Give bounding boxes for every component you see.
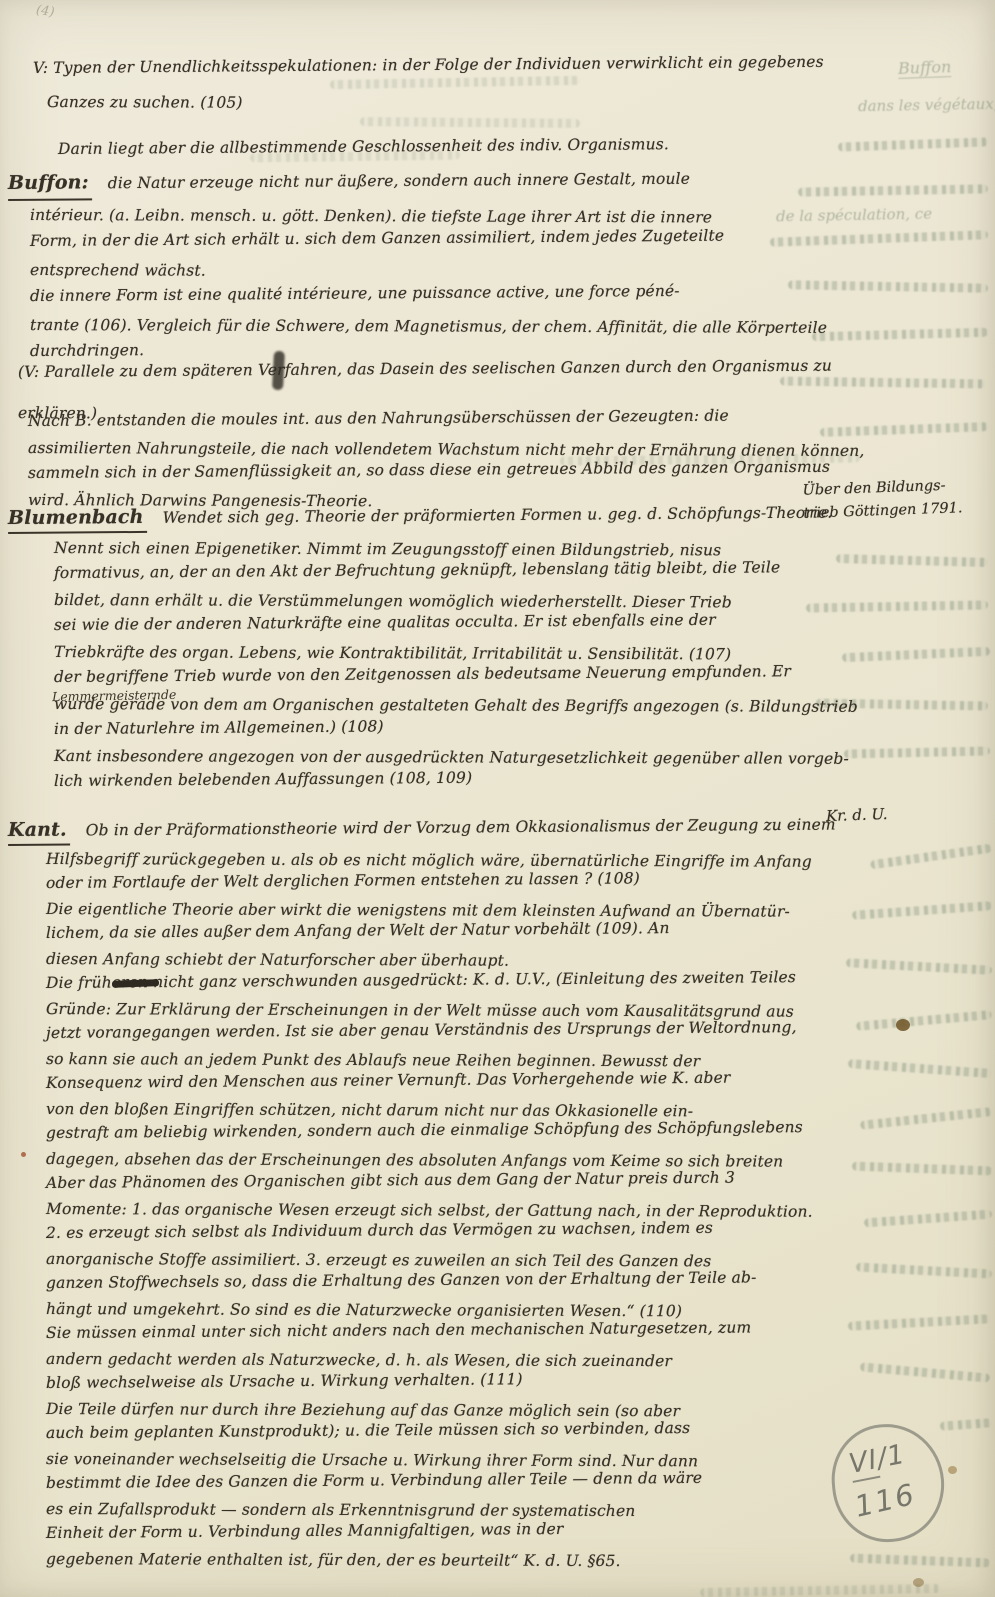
verso-bleed-line — [848, 1059, 992, 1078]
handwritten-line: Sie müssen einmal unter sich nicht ander… — [46, 1315, 836, 1346]
section-kant: Kant.Ob in der Präformationstheorie wird… — [8, 818, 836, 1571]
handwritten-line: formativus, an, der an den Akt der Befru… — [54, 554, 858, 586]
verso-fragment-heading: Buffon — [898, 57, 952, 79]
archive-slash-one: /1 — [874, 1439, 908, 1475]
verso-bleed-line — [812, 328, 988, 342]
section-buffon-first-line: Buffon:die Natur erzeuge nicht nur äußer… — [8, 164, 827, 201]
verso-bleed-line — [860, 1362, 990, 1382]
section-blumenbach: BlumenbachWendet sich geg. Theorie der p… — [8, 505, 858, 794]
handwritten-line: V: Typen der Unendlichkeitsspekulationen… — [33, 46, 824, 85]
handwritten-line: jetzt vorangegangen werden. Ist sie aber… — [46, 1015, 836, 1046]
archive-number-circle: VI/1 116 — [827, 1419, 949, 1546]
verso-bleed-line — [856, 1262, 992, 1278]
handwritten-line: in der Naturlehre im Allgemeinen.) (108) — [54, 710, 858, 742]
handwritten-line: bestimmt die Idee des Ganzen die Form u.… — [46, 1465, 836, 1496]
handwritten-line: sei wie die der anderen Naturkräfte eine… — [54, 606, 858, 638]
section-blumenbach-first-line: BlumenbachWendet sich geg. Theorie der p… — [8, 498, 858, 534]
verso-bleed-line — [838, 137, 988, 151]
handwritten-line: bloß wechselweise als Ursache u. Wirkung… — [46, 1365, 836, 1396]
verso-bleed-line — [870, 844, 992, 870]
verso-bleed-line — [844, 746, 990, 758]
verso-bleed-line — [848, 1314, 990, 1330]
verso-fragment: dans les végétaux, — [858, 95, 995, 115]
handwritten-line: gegebenen Materie enthalten ist, für den… — [46, 1547, 836, 1575]
verso-bleed-line — [860, 1107, 992, 1130]
handwritten-line: Einheit der Form u. Verbindung alles Man… — [46, 1515, 836, 1546]
section-heading-kant: Kant. — [8, 818, 70, 846]
handwritten-line: gestraft am beliebig wirkenden, sondern … — [46, 1115, 836, 1146]
handwritten-line: Wendet sich geg. Theorie der präformiert… — [162, 504, 832, 527]
red-fleck — [21, 1152, 26, 1157]
verso-bleed-line — [864, 1210, 992, 1228]
handwritten-line: auch beim geplanten Kunstprodukt); u. di… — [46, 1415, 836, 1446]
handwritten-line: der begriffene Trieb wurde von den Zeitg… — [54, 658, 858, 690]
margin-note-kr-d-u: Kr. d. U. — [826, 805, 888, 825]
section-kant-first-line: Kant.Ob in der Präformationstheorie wird… — [8, 811, 836, 846]
margin-note-bildungstrieb: Über den Bildungs- trieb Göttingen 1791. — [802, 474, 963, 526]
handwritten-line: Darin liegt aber die allbestimmende Gesc… — [58, 131, 669, 162]
handwritten-line: Konsequenz wird den Menschen aus reiner … — [46, 1065, 836, 1096]
handwritten-line: Ob in der Präformationstheorie wird der … — [86, 815, 836, 839]
ink-fleck — [896, 1019, 910, 1031]
section-heading-blumenbach: Blumenbach — [8, 504, 147, 534]
handwritten-line: Form, in der die Art sich erhält u. sich… — [30, 222, 827, 256]
handwritten-line: oder im Fortlaufe der Welt derglichen Fo… — [46, 865, 836, 896]
handwritten-line: ganzen Stoffwechsels so, dass die Erhalt… — [46, 1265, 836, 1296]
pencil-corner-mark: (4) — [35, 3, 55, 20]
handwritten-line: die innere Form ist eine qualité intérie… — [30, 277, 827, 311]
handwritten-line: Aber das Phänomen des Organischen gibt s… — [46, 1165, 836, 1196]
verso-bleed-line — [700, 1584, 940, 1597]
archive-number-top: VI/1 — [846, 1439, 908, 1480]
paragraph-darin-liegt: Darin liegt aber die allbestimmende Gesc… — [58, 136, 669, 162]
manuscript-page: Buffon dans les végétaux, de la spéculat… — [0, 0, 995, 1597]
verso-bleed-line — [850, 1554, 990, 1568]
verso-bleed-line — [852, 901, 992, 920]
handwritten-line: Nach B. entstanden die moules int. aus d… — [28, 401, 865, 434]
handwritten-line: Die früheren nicht ganz verschwunden aus… — [46, 965, 836, 996]
ink-smudge — [272, 351, 285, 391]
verso-bleed-line — [842, 647, 990, 662]
section-buffon: Buffon:die Natur erzeuge nicht nur äußer… — [8, 170, 827, 366]
interlinear-insertion: Lemmermeisternde — [52, 687, 177, 704]
handwritten-line: lichem, da sie alles außer dem Anfang de… — [46, 915, 836, 946]
handwritten-line: die Natur erzeuge nicht nur äußere, sond… — [108, 170, 690, 193]
archive-number-bottom: 116 — [851, 1477, 918, 1524]
section-heading-buffon: Buffon: — [8, 169, 92, 200]
verso-bleed-line — [856, 1010, 992, 1031]
handwritten-line: Ganzes zu suchen. (105) — [47, 86, 824, 122]
handwritten-line: (V: Parallele zu dem späteren Verfahren,… — [18, 346, 832, 392]
paragraph-v-typen: V: Typen der Unendlichkeitsspekulationen… — [33, 52, 824, 118]
paper-stain — [913, 1578, 924, 1587]
paragraph-nach-b: Nach B. entstanden die moules int. aus d… — [28, 408, 864, 512]
handwritten-line: lich wirkenden belebenden Auffassungen (… — [54, 762, 858, 794]
verso-bleed-line — [846, 958, 992, 975]
verso-bleed-line — [940, 1418, 993, 1431]
margin-note-line: trieb Göttingen 1791. — [803, 497, 963, 526]
verso-bleed-line — [836, 554, 988, 567]
verso-bleed-line — [852, 1162, 992, 1176]
paper-stain — [948, 1466, 957, 1474]
handwritten-line: sammeln sich in der Samenflüssigkeit an,… — [28, 453, 865, 486]
handwritten-line: 2. es erzeugt sich selbst als Individuum… — [46, 1215, 836, 1246]
